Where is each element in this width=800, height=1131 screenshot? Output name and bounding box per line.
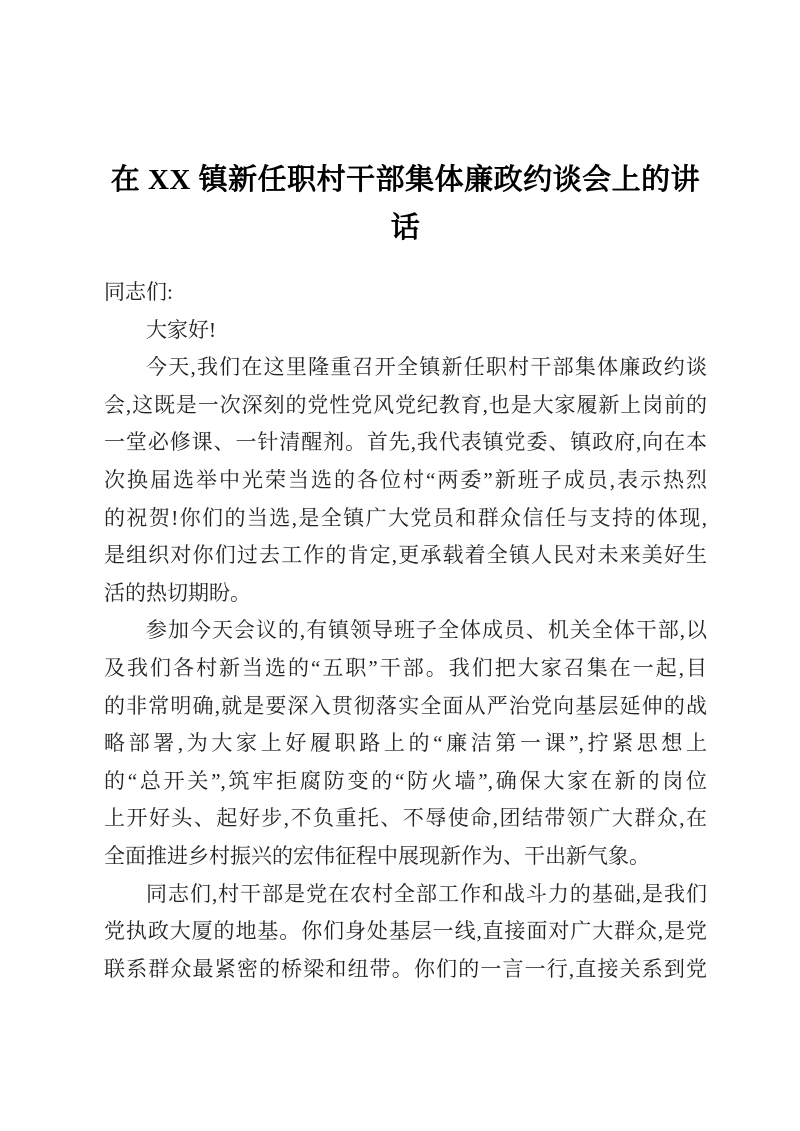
document-line: 联系群众最紧密的桥梁和纽带。你们的一言一行,直接关系到党 — [104, 951, 707, 989]
document-line: 同志们: — [104, 274, 707, 312]
document-line: 大家好! — [104, 312, 707, 350]
document-line: 全面推进乡村振兴的宏伟征程中展现新作为、干出新气象。 — [104, 838, 707, 876]
document-line: 次换届选举中光荣当选的各位村“两委”新班子成员,表示热烈 — [104, 462, 707, 500]
document-line: 一堂必修课、一针清醒剂。首先,我代表镇党委、镇政府,向在本 — [104, 424, 707, 462]
document-line: 及我们各村新当选的“五职”干部。我们把大家召集在一起,目 — [104, 650, 707, 688]
document-line: 的非常明确,就是要深入贯彻落实全面从严治党向基层延伸的战 — [104, 688, 707, 726]
document-line: 是组织对你们过去工作的肯定,更承载着全镇人民对未来美好生 — [104, 537, 707, 575]
document-line: 活的热切期盼。 — [104, 575, 707, 613]
document-line: 党执政大厦的地基。你们身处基层一线,直接面对广大群众,是党 — [104, 913, 707, 951]
title-line-1: 在 XX 镇新任职村干部集体廉政约谈会上的讲 — [104, 156, 707, 204]
document-content: 在 XX 镇新任职村干部集体廉政约谈会上的讲 话 同志们:大家好!今天,我们在这… — [104, 0, 707, 988]
document-line: 参加今天会议的,有镇领导班子全体成员、机关全体干部,以 — [104, 612, 707, 650]
document-line: 今天,我们在这里隆重召开全镇新任职村干部集体廉政约谈 — [104, 349, 707, 387]
document-line: 上开好头、起好步,不负重托、不辱使命,团结带领广大群众,在 — [104, 800, 707, 838]
title-line-2: 话 — [104, 204, 707, 252]
document-line: 略部署,为大家上好履职路上的“廉洁第一课”,拧紧思想上 — [104, 725, 707, 763]
document-line: 的“总开关”,筑牢拒腐防变的“防火墙”,确保大家在新的岗位 — [104, 763, 707, 801]
document-lines: 同志们:大家好!今天,我们在这里隆重召开全镇新任职村干部集体廉政约谈会,这既是一… — [104, 274, 707, 988]
document-title: 在 XX 镇新任职村干部集体廉政约谈会上的讲 话 — [104, 156, 707, 252]
document-line: 的祝贺!你们的当选,是全镇广大党员和群众信任与支持的体现, — [104, 500, 707, 538]
document-line: 会,这既是一次深刻的党性党风党纪教育,也是大家履新上岗前的 — [104, 387, 707, 425]
document-line: 同志们,村干部是党在农村全部工作和战斗力的基础,是我们 — [104, 876, 707, 914]
document-page: 在 XX 镇新任职村干部集体廉政约谈会上的讲 话 同志们:大家好!今天,我们在这… — [0, 0, 800, 1131]
